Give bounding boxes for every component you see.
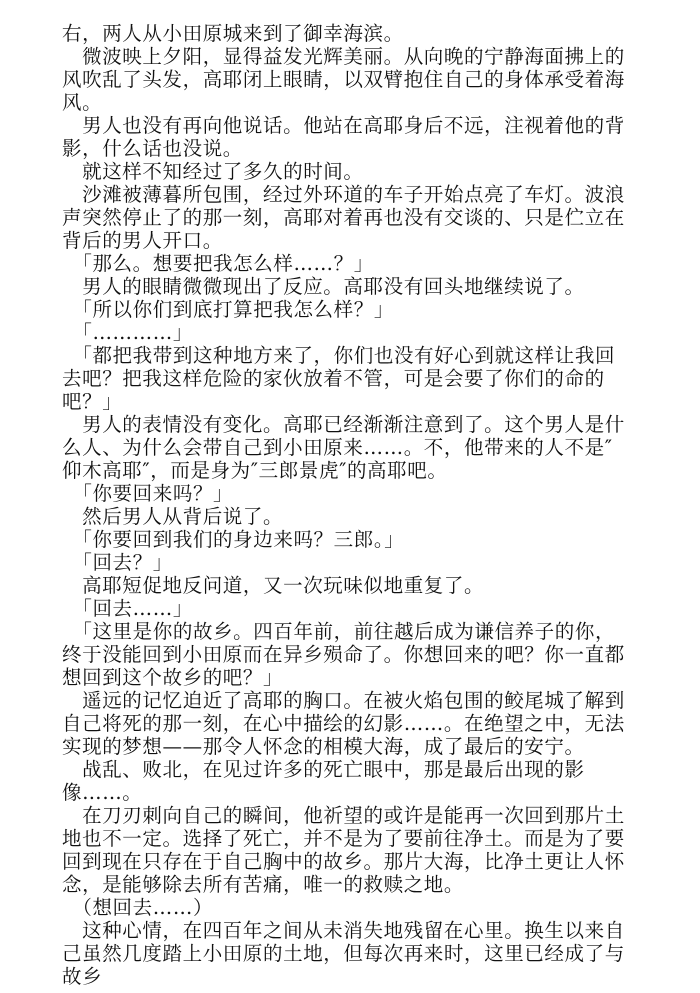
dialogue-line: 「你要回到我们的身边来吗？三郎。」: [62, 528, 628, 551]
dialogue-line: 「回去？」: [62, 551, 628, 574]
paragraph: 右，两人从小田原城来到了御幸海滨。: [62, 22, 628, 45]
paragraph: 高耶短促地反问道，又一次玩味似地重复了。: [62, 574, 628, 597]
paragraph: 战乱、败北，在见过许多的死亡眼中，那是最后出现的影 像……。: [62, 758, 628, 804]
dialogue-line: 「那么。想要把我怎么样……？」: [62, 252, 628, 275]
paragraph: 男人的表情没有变化。高耶已经渐渐注意到了。这个男人是什么人、为什么会带自己到小田…: [62, 413, 628, 482]
paragraph: 男人也没有再向他说话。他站在高耶身后不远，注视着他的背影，什么话也没说。: [62, 114, 628, 160]
paragraph: 微波映上夕阳，显得益发光辉美丽。从向晚的宁静海面拂上的风吹乱了头发，高耶闭上眼睛…: [62, 45, 628, 114]
inner-thought-line: （想回去……）: [62, 896, 628, 919]
dialogue-line: 「你要回来吗？」: [62, 482, 628, 505]
paragraph: 就这样不知经过了多久的时间。: [62, 160, 628, 183]
paragraph: 在刀刃刺向自己的瞬间，他祈望的或许是能再一次回到那片土地也不一定。选择了死亡，并…: [62, 804, 628, 896]
paragraph: 这种心情，在四百年之间从未消失地残留在心里。换生以来自己虽然几度踏上小田原的土地…: [62, 919, 628, 988]
dialogue-line: 「回去……」: [62, 597, 628, 620]
dialogue-line: 「都把我带到这种地方来了，你们也没有好心到就这样让我回去吧？把我这样危险的家伙放…: [62, 344, 628, 413]
paragraph: 男人的眼睛微微现出了反应。高耶没有回头地继续说了。: [62, 275, 628, 298]
document-page: 右，两人从小田原城来到了御幸海滨。 微波映上夕阳，显得益发光辉美丽。从向晚的宁静…: [62, 22, 628, 988]
paragraph: 然后男人从背后说了。: [62, 505, 628, 528]
paragraph: 遥远的记忆迫近了高耶的胸口。在被火焰包围的鲛尾城了解到自己将死的那一刻，在心中描…: [62, 689, 628, 758]
dialogue-line: 「这里是你的故乡。四百年前，前往越后成为谦信养子的你，终于没能回到小田原而在异乡…: [62, 620, 628, 689]
paragraph: 沙滩被薄暮所包围，经过外环道的车子开始点亮了车灯。波浪声突然停止了的那一刻，高耶…: [62, 183, 628, 252]
dialogue-line: 「所以你们到底打算把我怎么样？」: [62, 298, 628, 321]
dialogue-line: 「…………」: [62, 321, 628, 344]
